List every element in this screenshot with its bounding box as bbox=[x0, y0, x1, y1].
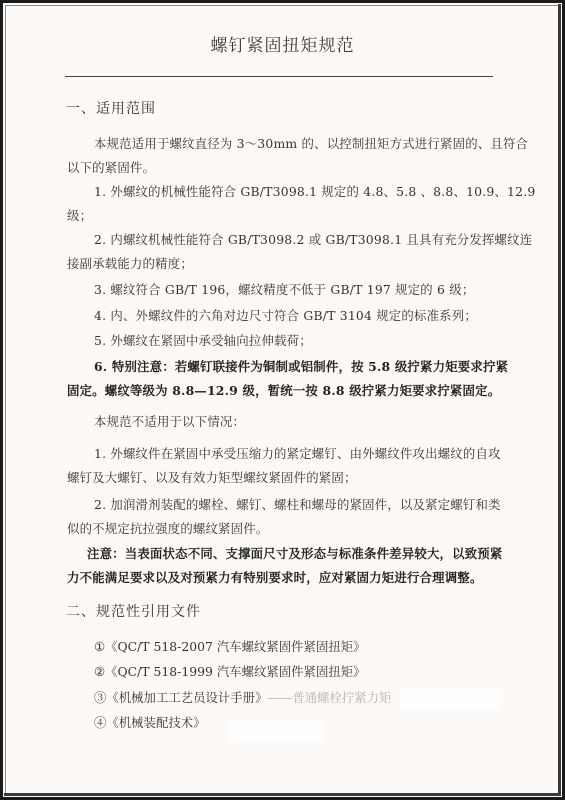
reference-item-1: ①《QC/T 518-2007 汽车螺纹紧固件紧固扭矩》 bbox=[94, 637, 366, 657]
title-divider bbox=[65, 76, 493, 77]
paragraph-line: 1. 外螺纹件在紧固中承受压缩力的紧定螺钉、由外螺纹件攻出螺纹的自攻 bbox=[67, 442, 492, 466]
scan-smudge bbox=[400, 688, 500, 710]
paragraph-line: 5. 外螺纹在紧固中承受轴向拉伸载荷； bbox=[67, 329, 492, 353]
paragraph-line: 接副承载能力的精度； bbox=[67, 252, 492, 276]
condition-item-5: 5. 外螺纹在紧固中承受轴向拉伸载荷； bbox=[67, 329, 492, 353]
paragraph-line: 力不能满足要求以及对预紧力有特别要求时，应对紧固力矩进行合理调整。 bbox=[67, 566, 492, 590]
condition-item-4: 4. 内、外螺纹件的六角对边尺寸符合 GB/T 3104 规定的标准系列； bbox=[67, 304, 492, 328]
condition-item-3: 3. 螺纹符合 GB/T 196，螺纹精度不低于 GB/T 197 规定的 6 … bbox=[67, 278, 492, 302]
paragraph-line: 级； bbox=[67, 204, 492, 228]
paragraph-line: 固定。螺纹等级为 8.8—12.9 级，暂统一按 8.8 级拧紧力矩要求拧紧固定… bbox=[67, 379, 492, 403]
paragraph-line: 注意：当表面状态不同、支撑面尺寸及形态与标准条件差异较大，以致预紧 bbox=[67, 542, 492, 566]
paragraph-line: 以下的紧固件。 bbox=[67, 156, 492, 180]
reference-item-4: ④《机械装配技术》 bbox=[94, 713, 206, 733]
paragraph-line: 3. 螺纹符合 GB/T 196，螺纹精度不低于 GB/T 197 规定的 6 … bbox=[67, 278, 492, 302]
paragraph-line: 螺钉及大螺钉、以及有效力矩型螺纹紧固件的紧固； bbox=[67, 466, 492, 490]
reference-title: ③《机械加工工艺员设计手册》 bbox=[94, 690, 267, 705]
section-heading-scope: 一、适用范围 bbox=[66, 98, 156, 118]
paragraph-line: 本规范不适用于以下情况： bbox=[67, 410, 492, 434]
paragraph-line: 1. 外螺纹的机械性能符合 GB/T3098.1 规定的 4.8、5.8 、8.… bbox=[67, 180, 492, 204]
adjustment-note: 注意：当表面状态不同、支撑面尺寸及形态与标准条件差异较大，以致预紧 力不能满足要… bbox=[67, 542, 492, 590]
paragraph-line: 4. 内、外螺纹件的六角对边尺寸符合 GB/T 3104 规定的标准系列； bbox=[67, 304, 492, 328]
paragraph-line: 6. 特别注意：若螺钉联接件为铜制或铝制件，按 5.8 级拧紧力矩要求拧紧 bbox=[67, 355, 492, 379]
section-heading-references: 二、规范性引用文件 bbox=[66, 601, 201, 621]
exclusion-item-2: 2. 加润滑剂装配的螺栓、螺钉、螺柱和螺母的紧固件，以及紧定螺钉和类 似的不规定… bbox=[67, 493, 492, 541]
document-title: 螺钉紧固扭矩规范 bbox=[0, 31, 565, 56]
exclusion-item-1: 1. 外螺纹件在紧固中承受压缩力的紧定螺钉、由外螺纹件攻出螺纹的自攻 螺钉及大螺… bbox=[67, 442, 492, 490]
scan-smudge bbox=[228, 720, 323, 742]
reference-item-3: ③《机械加工工艺员设计手册》——普通螺栓拧紧力矩 bbox=[94, 688, 391, 708]
condition-item-1: 1. 外螺纹的机械性能符合 GB/T3098.1 规定的 4.8、5.8 、8.… bbox=[67, 180, 492, 228]
reference-suffix: ——普通螺栓拧紧力矩 bbox=[267, 690, 391, 705]
exclusions-intro: 本规范不适用于以下情况： bbox=[67, 410, 492, 434]
paragraph-line: 本规范适用于螺纹直径为 3～30mm 的、以控制扭矩方式进行紧固的、且符合 bbox=[67, 132, 492, 156]
document-page: 螺钉紧固扭矩规范 一、适用范围 本规范适用于螺纹直径为 3～30mm 的、以控制… bbox=[0, 0, 565, 800]
condition-item-6-special-note: 6. 特别注意：若螺钉联接件为铜制或铝制件，按 5.8 级拧紧力矩要求拧紧 固定… bbox=[67, 355, 492, 403]
reference-item-2: ②《QC/T 518-1999 汽车螺纹紧固件紧固扭矩》 bbox=[94, 662, 366, 682]
paragraph-line: 2. 加润滑剂装配的螺栓、螺钉、螺柱和螺母的紧固件，以及紧定螺钉和类 bbox=[67, 493, 492, 517]
condition-item-2: 2. 内螺纹机械性能符合 GB/T3098.2 或 GB/T3098.1 且具有… bbox=[67, 228, 492, 276]
paragraph-line: 2. 内螺纹机械性能符合 GB/T3098.2 或 GB/T3098.1 且具有… bbox=[67, 228, 492, 252]
paragraph-line: 似的不规定抗拉强度的螺纹紧固件。 bbox=[67, 517, 492, 541]
scope-intro-paragraph: 本规范适用于螺纹直径为 3～30mm 的、以控制扭矩方式进行紧固的、且符合 以下… bbox=[67, 132, 492, 180]
